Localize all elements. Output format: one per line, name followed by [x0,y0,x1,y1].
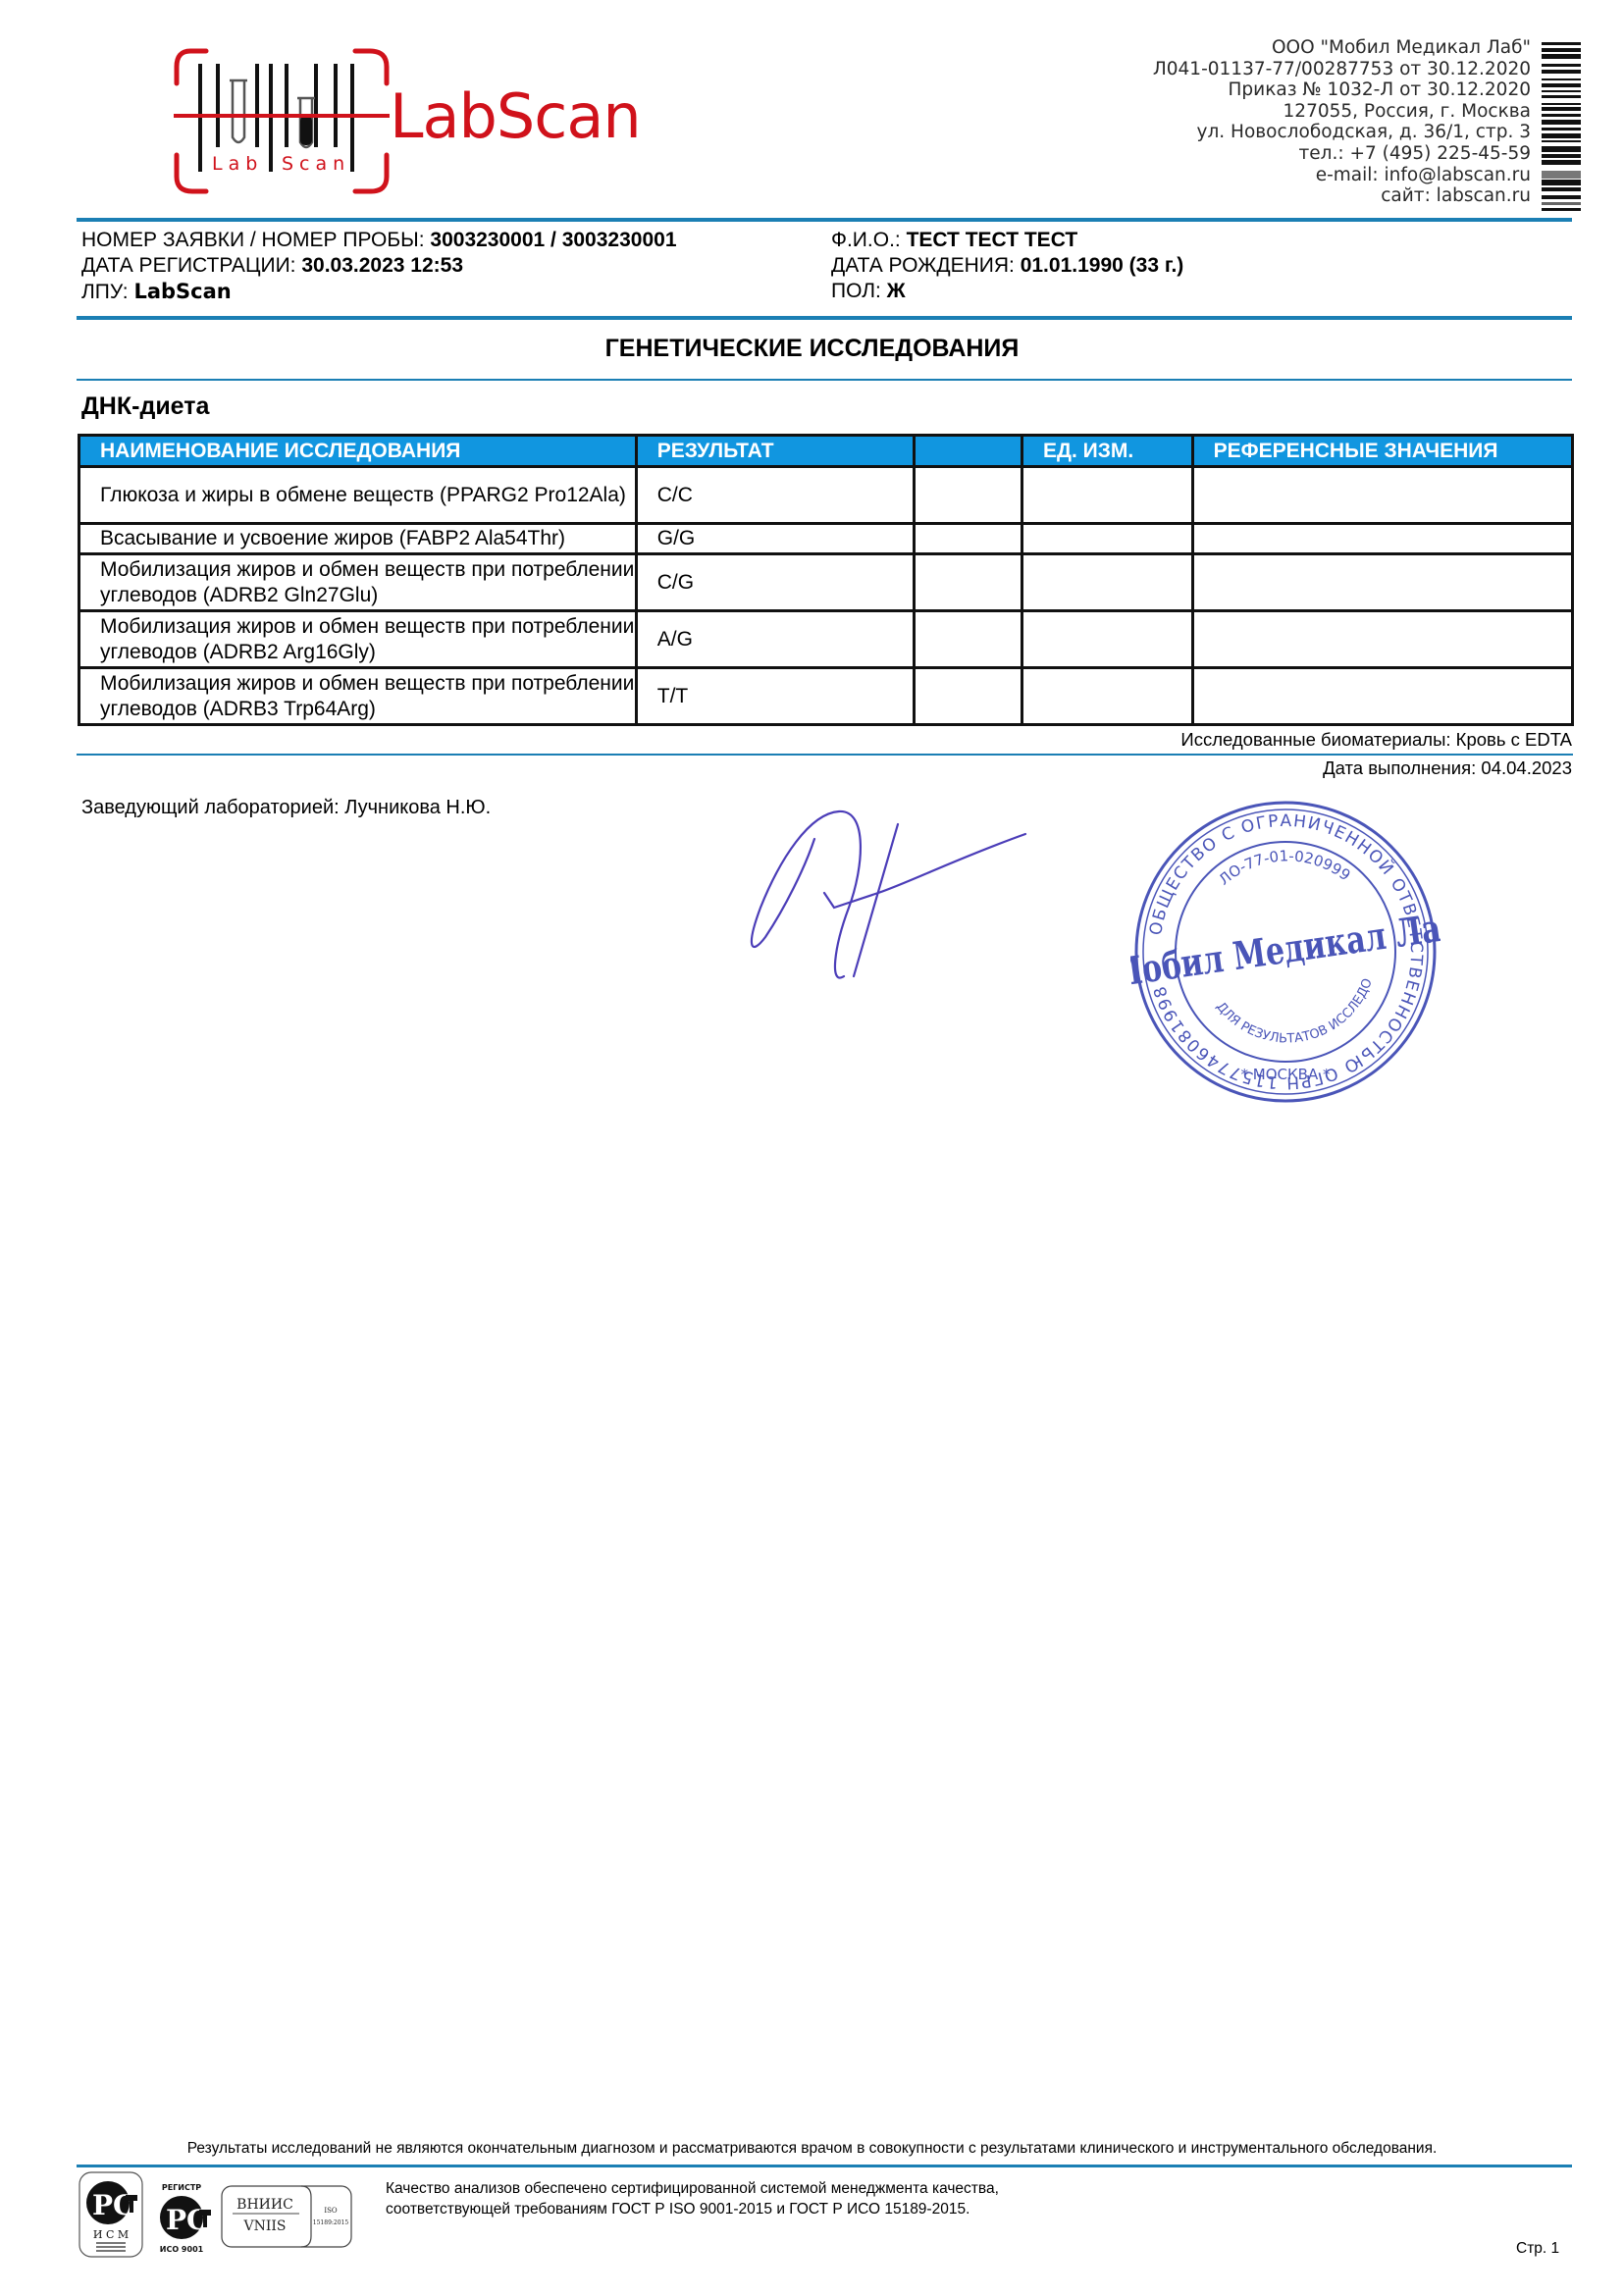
sex-value: Ж [887,280,906,302]
table-header-row: НАИМЕНОВАНИЕ ИССЛЕДОВАНИЯ РЕЗУЛЬТАТ ЕД. … [79,436,1573,467]
lpu-value: LabScan [133,280,231,303]
company-info: ООО "Мобил Медикал Лаб" Л041-01137-77/00… [1153,37,1531,207]
logo-subtext-left: Lab [212,153,263,175]
sex-label: ПОЛ: [831,280,881,302]
head-of-lab: Заведующий лабораторией: Лучникова Н.Ю. [81,797,491,819]
footer-disclaimer: Результаты исследований не являются окон… [0,2140,1624,2158]
table-row: Мобилизация жиров и обмен веществ при по… [79,611,1573,668]
sex-row: ПОЛ: Ж [831,279,1183,304]
patient-name-value: ТЕСТ ТЕСТ ТЕСТ [907,229,1078,251]
result-cell: C/C [636,467,915,524]
reference-cell [1192,467,1572,524]
footer-divider [77,2165,1572,2167]
svg-text:РС: РС [92,2189,134,2221]
column-header-unit: ЕД. ИЗМ. [1022,436,1192,467]
test-name-cell: Всасывание и усвоение жиров (FABP2 Ala54… [79,524,637,554]
lpu-label: ЛПУ: [81,281,129,303]
unit-cell [1022,467,1192,524]
birth-date-row: ДАТА РОЖДЕНИЯ: 01.01.1990 (33 г.) [831,253,1183,279]
rostest-register-cert-icon: РЕГИСТР РС ИСО 9001 [152,2180,217,2259]
rostest-ism-cert-icon: РС И С М [79,2171,143,2258]
reference-cell [1192,611,1572,668]
unit-cell [1022,554,1192,611]
test-name-cell: Мобилизация жиров и обмен веществ при по… [79,668,637,725]
extra-cell [915,524,1022,554]
extra-cell [915,554,1022,611]
company-license: Л041-01137-77/00287753 от 30.12.2020 [1153,59,1531,80]
biomaterial-note: Исследованные биоматериалы: Кровь с EDTA [1180,729,1572,751]
cert2-top-caption: РЕГИСТР [162,2183,201,2192]
unit-cell [1022,668,1192,725]
labscan-logo: Lab Scan LabScan [169,39,650,201]
extra-cell [915,668,1022,725]
patient-info-right: Ф.И.О.: ТЕСТ ТЕСТ ТЕСТ ДАТА РОЖДЕНИЯ: 01… [831,228,1183,304]
order-number-row: НОМЕР ЗАЯВКИ / НОМЕР ПРОБЫ: 3003230001 /… [81,228,677,253]
patient-info-left: НОМЕР ЗАЯВКИ / НОМЕР ПРОБЫ: 3003230001 /… [81,228,677,305]
registration-date-row: ДАТА РЕГИСТРАЦИИ: 30.03.2023 12:53 [81,253,677,279]
title-divider [77,379,1572,381]
test-name-cell: Мобилизация жиров и обмен веществ при по… [79,554,637,611]
cert2-bottom-caption: ИСО 9001 [160,2245,204,2254]
barcode-icon [1542,42,1581,212]
company-site: сайт: labscan.ru [1153,185,1531,207]
quality-line-2: соответствующей требованиям ГОСТ Р ISO 9… [386,2199,999,2219]
stamp-city: * МОСКВА * [1241,1066,1331,1083]
signature-icon [741,800,1035,986]
logo-subtext-right: Scan [282,153,350,175]
column-header-result: РЕЗУЛЬТАТ [636,436,915,467]
birth-date-value: 01.01.1990 (33 г.) [1021,254,1184,277]
table-row: Всасывание и усвоение жиров (FABP2 Ala54… [79,524,1573,554]
section-title: ДНК-диета [81,392,209,421]
test-name-cell: Глюкоза и жиры в обмене веществ (PPARG2 … [79,467,637,524]
extra-cell [915,467,1022,524]
reference-cell [1192,554,1572,611]
column-header-blank [915,436,1022,467]
table-row: Мобилизация жиров и обмен веществ при по… [79,668,1573,725]
birth-date-label: ДАТА РОЖДЕНИЯ: [831,254,1015,277]
test-name-cell: Мобилизация жиров и обмен веществ при по… [79,611,637,668]
table-row: Глюкоза и жиры в обмене веществ (PPARG2 … [79,467,1573,524]
column-header-reference: РЕФЕРЕНСНЫЕ ЗНАЧЕНИЯ [1192,436,1572,467]
page-number: Стр. 1 [1516,2240,1559,2258]
cert3-iso: ISO [324,2207,338,2215]
cert3-standard: 15189:2015 [313,2219,349,2226]
logo-wordmark: LabScan [390,80,641,152]
company-city: 127055, Россия, г. Москва [1153,101,1531,123]
patient-name-label: Ф.И.О.: [831,229,901,251]
cert3-top-caption: ВНИИС [236,2197,293,2213]
table-row: Мобилизация жиров и обмен веществ при по… [79,554,1573,611]
quality-statement: Качество анализов обеспечено сертифициро… [386,2178,999,2219]
unit-cell [1022,524,1192,554]
order-number-label: НОМЕР ЗАЯВКИ / НОМЕР ПРОБЫ: [81,229,425,251]
header-divider [77,218,1572,222]
result-cell: T/T [636,668,915,725]
extra-cell [915,611,1022,668]
results-table: НАИМЕНОВАНИЕ ИССЛЕДОВАНИЯ РЕЗУЛЬТАТ ЕД. … [78,434,1574,726]
result-cell: C/G [636,554,915,611]
quality-line-1: Качество анализов обеспечено сертифициро… [386,2178,999,2199]
report-title: ГЕНЕТИЧЕСКИЕ ИССЛЕДОВАНИЯ [0,335,1624,363]
patient-divider [77,316,1572,320]
svg-text:РС: РС [166,2204,208,2236]
biomaterial-divider [77,754,1573,756]
result-cell: A/G [636,611,915,668]
company-name: ООО "Мобил Медикал Лаб" [1153,37,1531,59]
company-street: ул. Новослободская, д. 36/1, стр. 3 [1153,122,1531,143]
vniis-cert-icon: ВНИИС VNIIS ISO 15189:2015 [221,2185,353,2249]
company-stamp-icon: ОБЩЕСТВО С ОГРАНИЧЕННОЙ ОТВЕТСТВЕННОСТЬЮ… [1130,797,1441,1107]
company-order: Приказ № 1032-Л от 30.12.2020 [1153,79,1531,101]
patient-name-row: Ф.И.О.: ТЕСТ ТЕСТ ТЕСТ [831,228,1183,253]
company-email: e-mail: info@labscan.ru [1153,165,1531,186]
column-header-test-name: НАИМЕНОВАНИЕ ИССЛЕДОВАНИЯ [79,436,637,467]
cert3-bottom-caption: VNIIS [242,2218,286,2234]
stamp-center-text: «Мобил Медикал Лаб» [1130,901,1441,1000]
registration-date-value: 30.03.2023 12:53 [301,254,463,277]
reference-cell [1192,668,1572,725]
cert1-caption: И С М [93,2228,129,2241]
result-cell: G/G [636,524,915,554]
reference-cell [1192,524,1572,554]
unit-cell [1022,611,1192,668]
registration-date-label: ДАТА РЕГИСТРАЦИИ: [81,254,296,277]
order-number-value: 3003230001 / 3003230001 [430,229,676,251]
completion-date: Дата выполнения: 04.04.2023 [1323,757,1572,779]
lpu-row: ЛПУ: LabScan [81,279,677,305]
company-phone: тел.: +7 (495) 225-45-59 [1153,143,1531,165]
